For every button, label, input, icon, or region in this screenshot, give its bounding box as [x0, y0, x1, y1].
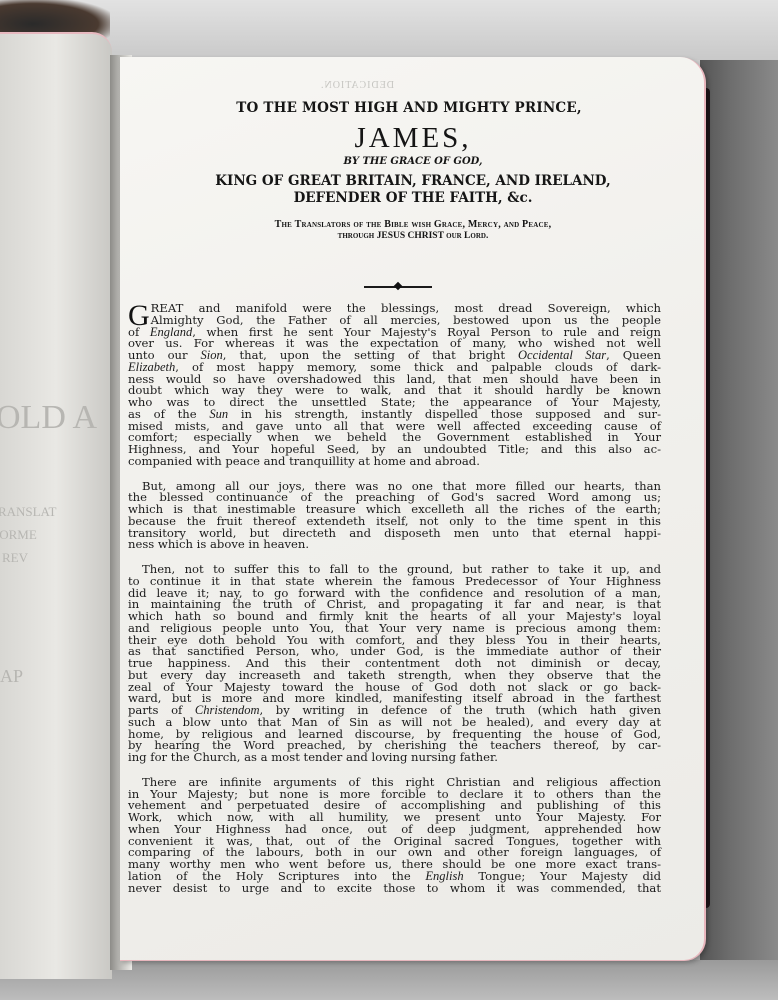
- left-page-showthrough-2: TRANSLAT: [0, 504, 56, 520]
- left-page-showthrough-5: AP: [0, 666, 23, 687]
- paragraph: But, among all our joys, there was no on…: [128, 481, 661, 552]
- left-page-showthrough-4: REV: [2, 550, 28, 566]
- text-line: companied with peace and tranquillity at…: [128, 456, 661, 468]
- heading-grace: BY THE GRACE OF GOD,: [120, 156, 706, 167]
- heading-defender: DEFENDER OF THE FAITH, &c.: [120, 190, 706, 207]
- heading-through: through JESUS CHRIST our Lord.: [120, 231, 706, 241]
- left-page-showthrough-3: FORME: [0, 527, 37, 543]
- paragraph: Then, not to suffer this to fall to the …: [128, 564, 661, 764]
- left-page-showthrough-1: OLD A: [0, 399, 97, 437]
- text-line: ing for the Church, as a most tender and…: [128, 752, 661, 764]
- text-line: ness which is above in heaven.: [128, 539, 661, 551]
- background-shadow: [700, 60, 778, 960]
- paragraph: GREAT and manifold were the blessings, m…: [128, 303, 661, 468]
- paragraph: There are infinite arguments of this rig…: [128, 777, 661, 895]
- dedication-heading: TO THE MOST HIGH AND MIGHTY PRINCE, JAME…: [120, 100, 706, 241]
- heading-name: JAMES,: [120, 122, 706, 154]
- heading-king: KING OF GREAT BRITAIN, FRANCE, AND IRELA…: [120, 173, 706, 190]
- dedication-body: GREAT and manifold were the blessings, m…: [128, 303, 661, 907]
- ornament-divider: [364, 285, 432, 288]
- heading-translators: The Translators of the Bible wish Grace,…: [120, 219, 706, 230]
- text-line: never desist to urge and to excite those…: [128, 883, 661, 895]
- running-head-showthrough: DEDICATION.: [320, 80, 394, 91]
- heading-line-prince: TO THE MOST HIGH AND MIGHTY PRINCE,: [112, 100, 706, 116]
- background-cloth-top: [0, 0, 778, 60]
- left-page: OLD A TRANSLAT FORME REV AP: [0, 32, 112, 979]
